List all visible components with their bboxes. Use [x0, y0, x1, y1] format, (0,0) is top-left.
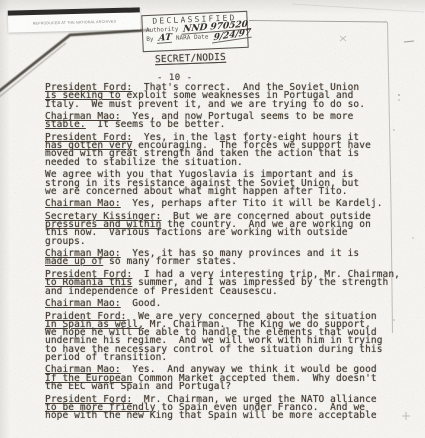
transcript-line: Chairman Mao: Yes, perhaps after Tito it…	[45, 200, 395, 208]
transcript-paragraph: Chairman Mao: Yes, it has so many provin…	[45, 250, 395, 267]
transcript-line: hope with the new King that Spain will b…	[45, 412, 395, 420]
stamp-by-value: AT	[157, 35, 173, 44]
archives-reproduction-stamp: REPRODUCED AT THE NATIONAL ARCHIVES	[8, 7, 140, 32]
transcript-line: made up of so many former states.	[45, 258, 395, 266]
transcript-line: Chairman Mao: Good.	[45, 300, 395, 308]
transcript-line: Italy. We must prevent it, and we are tr…	[45, 101, 395, 109]
transcript-line: period of transition.	[45, 354, 395, 362]
stamp-by-label: By	[146, 36, 154, 43]
transcript-paragraph: President Ford: Mr. Chairman, we urged t…	[45, 396, 395, 421]
speaker-or-underlined-text: Chairman Mao:	[45, 298, 121, 309]
stamp-by-row: By AT NARA Date 9/24/97	[146, 32, 244, 44]
classification-marking: SECRET/NODIS	[155, 52, 226, 65]
transcript-paragraph: President Ford: I had a very interesting…	[45, 271, 395, 296]
transcript-line: and independence of President Ceausescu.	[45, 288, 395, 296]
transcript-line: the EEC want Spain and Portugal?	[45, 383, 395, 391]
speaker-or-underlined-text: made up of	[45, 256, 103, 267]
transcript-body: President Ford: That's correct. And the …	[45, 84, 395, 425]
transcript-line: this now. Various factions are working w…	[45, 229, 395, 237]
transcript-line: we are concerned about what might happen…	[45, 188, 395, 196]
transcript-paragraph: Chairman Mao: Good.	[45, 300, 395, 308]
transcript-paragraph: Chairman Mao: Yes. And anyway we think i…	[45, 366, 395, 391]
scanned-document-page: REPRODUCED AT THE NATIONAL ARCHIVES DECL…	[0, 0, 425, 438]
transcript-line: needed to stabilize the situation.	[45, 159, 395, 167]
transcript-line: groups.	[45, 238, 395, 246]
transcript-paragraph: Chairman Mao: Yes, and now Portugal seem…	[45, 113, 395, 130]
transcript-paragraph: Chairman Mao: Yes, perhaps after Tito it…	[45, 200, 395, 208]
archives-reproduction-stamp-text: REPRODUCED AT THE NATIONAL ARCHIVES	[32, 20, 116, 26]
speaker-or-underlined-text: Chairman Mao:	[45, 198, 121, 209]
speaker-or-underlined-text: stable.	[45, 119, 86, 130]
transcript-paragraph: Praident Ford: We are very concerned abo…	[45, 313, 395, 363]
transcript-paragraph: President Ford: Yes, in the last forty-e…	[45, 134, 395, 167]
stamp-date-value: 9/24/97	[212, 29, 252, 43]
declassified-stamp: DECLASSIFIED Authority NND 970520 By AT …	[141, 11, 248, 52]
transcript-paragraph: President Ford: That's correct. And the …	[45, 84, 395, 109]
transcript-paragraph: We agree with you that Yugoslavia is imp…	[45, 171, 395, 196]
transcript-line: stable. It seems to be better.	[45, 121, 395, 129]
transcript-paragraph: Secretary Kissinger: But we are concerne…	[45, 213, 395, 246]
